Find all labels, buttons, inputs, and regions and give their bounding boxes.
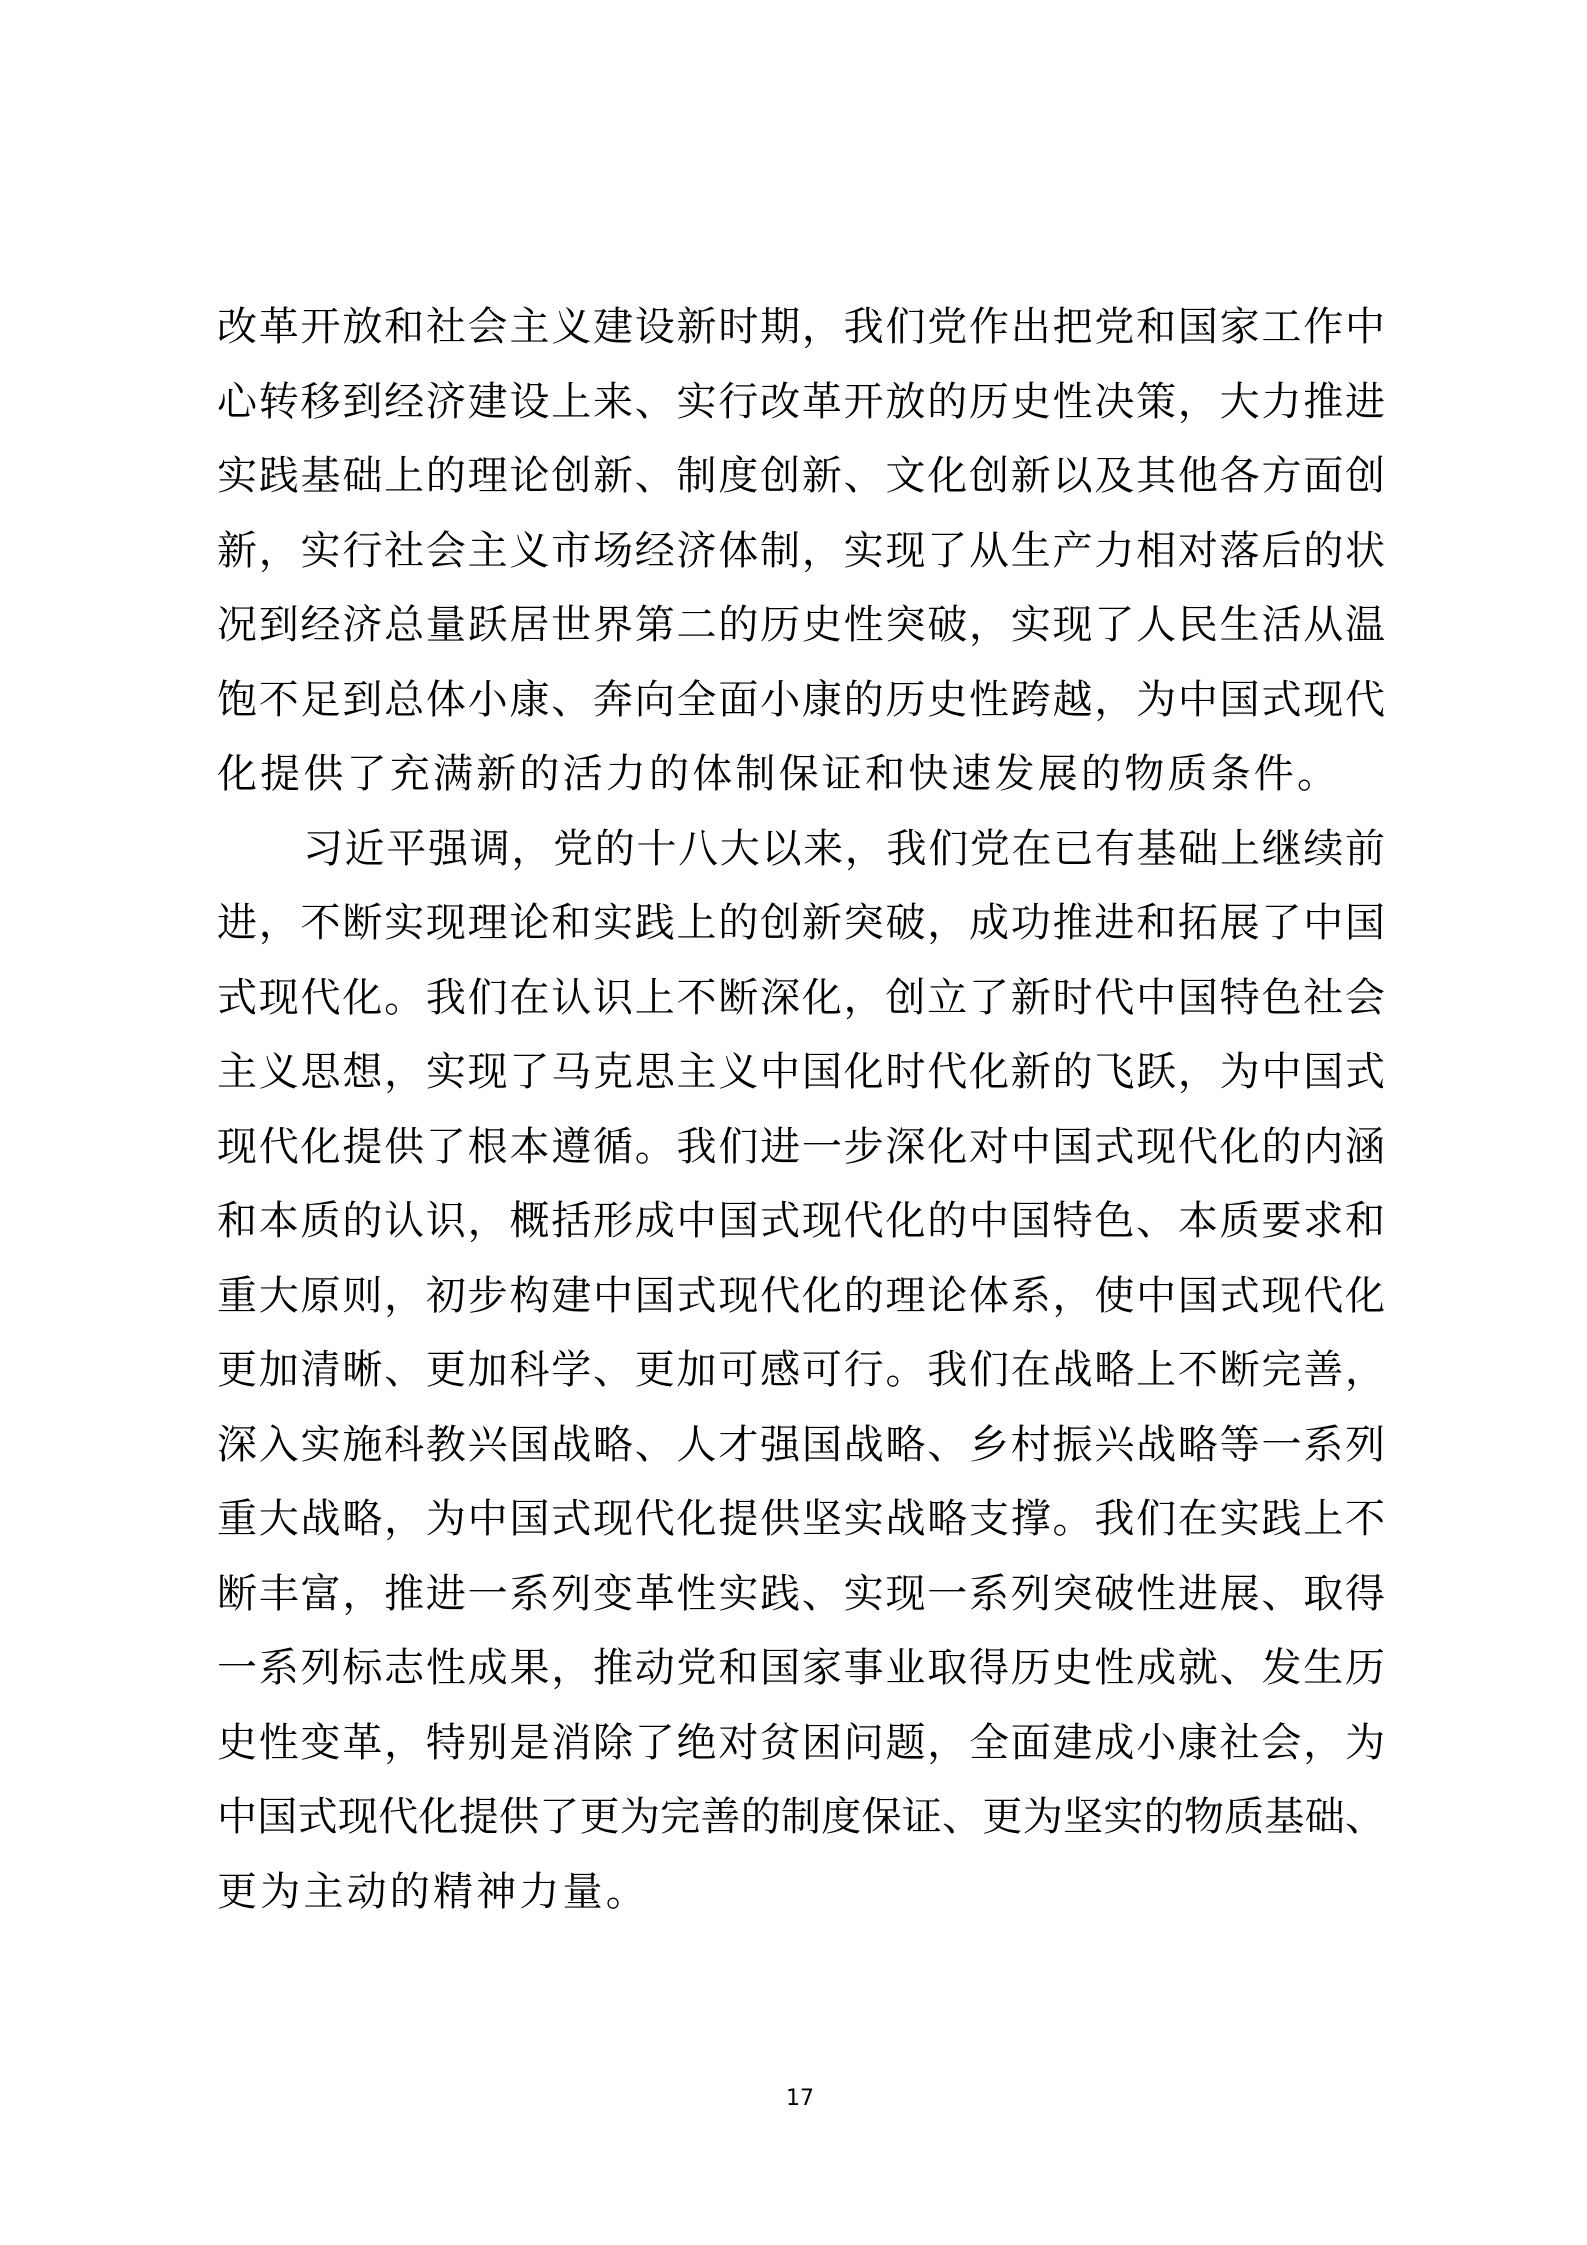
paragraph-1: 改革开放和社会主义建设新时期，我们党作出把党和国家工作中 心转移到经济建设上来、… bbox=[217, 300, 1385, 822]
text-line: 习近平强调，党的十八大以来，我们党在已有基础上继续前 bbox=[217, 822, 1385, 897]
paragraph-2: 习近平强调，党的十八大以来，我们党在已有基础上继续前 进，不断实现理论和实践上的… bbox=[217, 822, 1385, 1940]
text-line: 改革开放和社会主义建设新时期，我们党作出把党和国家工作中 bbox=[217, 300, 1385, 375]
text-line: 饱不足到总体小康、奔向全面小康的历史性跨越，为中国式现代 bbox=[217, 673, 1385, 748]
text-line: 况到经济总量跃居世界第二的历史性突破，实现了人民生活从温 bbox=[217, 598, 1385, 673]
text-line: 一系列标志性成果，推动党和国家事业取得历史性成就、发生历 bbox=[217, 1641, 1385, 1716]
text-line: 式现代化。我们在认识上不断深化，创立了新时代中国特色社会 bbox=[217, 971, 1385, 1046]
text-line: 进，不断实现理论和实践上的创新突破，成功推进和拓展了中国 bbox=[217, 896, 1385, 971]
text-line: 中国式现代化提供了更为完善的制度保证、更为坚实的物质基础、 bbox=[217, 1790, 1385, 1865]
text-line: 心转移到经济建设上来、实行改革开放的历史性决策，大力推进 bbox=[217, 375, 1385, 450]
text-line: 更加清晰、更加科学、更加可感可行。我们在战略上不断完善， bbox=[217, 1343, 1385, 1418]
text-line: 主义思想，实现了马克思主义中国化时代化新的飞跃，为中国式 bbox=[217, 1045, 1385, 1120]
text-line: 实践基础上的理论创新、制度创新、文化创新以及其他各方面创 bbox=[217, 449, 1385, 524]
text-line: 更为主动的精神力量。 bbox=[217, 1865, 1385, 1940]
text-line: 深入实施科教兴国战略、人才强国战略、乡村振兴战略等一系列 bbox=[217, 1418, 1385, 1493]
text-line: 重大战略，为中国式现代化提供坚实战略支撑。我们在实践上不 bbox=[217, 1492, 1385, 1567]
document-page: 改革开放和社会主义建设新时期，我们党作出把党和国家工作中 心转移到经济建设上来、… bbox=[0, 0, 1587, 2245]
page-number: 17 bbox=[0, 2086, 1587, 2111]
text-line: 化提供了充满新的活力的体制保证和快速发展的物质条件。 bbox=[217, 747, 1385, 822]
text-line: 现代化提供了根本遵循。我们进一步深化对中国式现代化的内涵 bbox=[217, 1120, 1385, 1195]
text-line: 断丰富，推进一系列变革性实践、实现一系列突破性进展、取得 bbox=[217, 1567, 1385, 1642]
body-text: 改革开放和社会主义建设新时期，我们党作出把党和国家工作中 心转移到经济建设上来、… bbox=[217, 300, 1385, 1939]
text-line: 史性变革，特别是消除了绝对贫困问题，全面建成小康社会，为 bbox=[217, 1716, 1385, 1791]
text-line: 新，实行社会主义市场经济体制，实现了从生产力相对落后的状 bbox=[217, 524, 1385, 599]
text-line: 和本质的认识，概括形成中国式现代化的中国特色、本质要求和 bbox=[217, 1194, 1385, 1269]
text-line: 重大原则，初步构建中国式现代化的理论体系，使中国式现代化 bbox=[217, 1269, 1385, 1344]
